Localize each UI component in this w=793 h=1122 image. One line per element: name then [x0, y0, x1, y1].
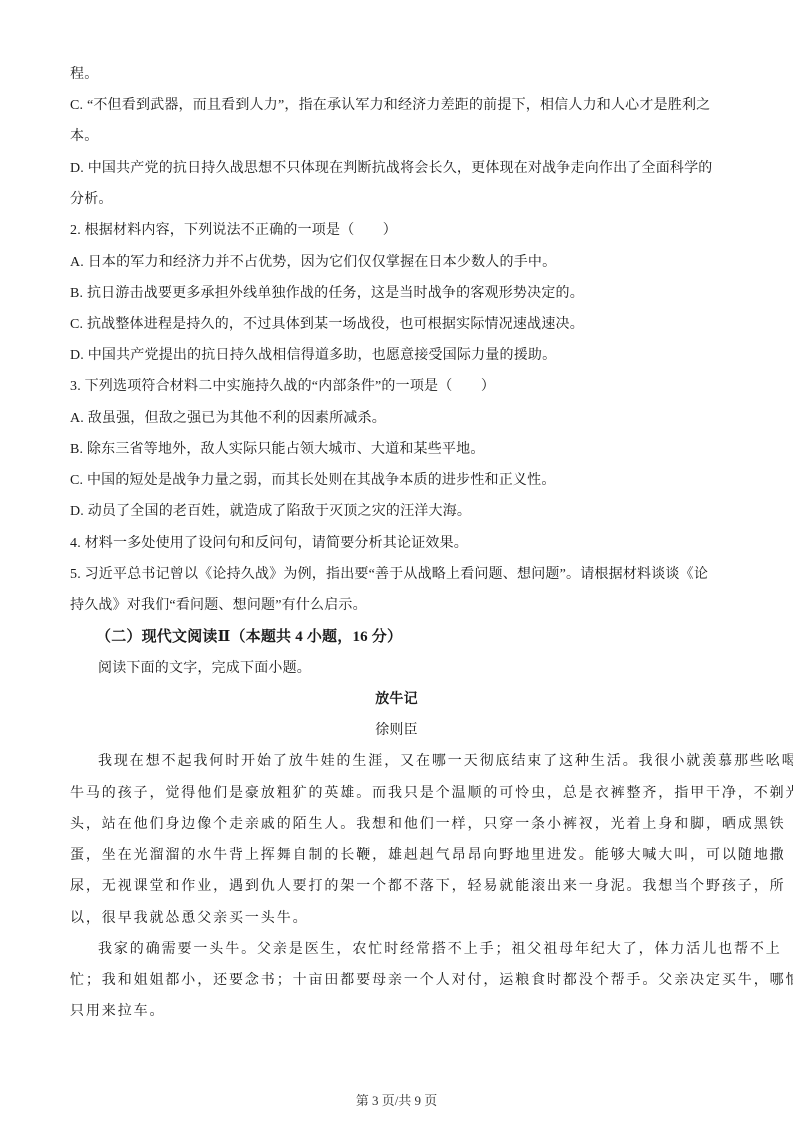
continuation-text: 程。 [70, 66, 715, 84]
question-2-option-d: D. 中国共产党提出的抗日持久战相信得道多助，也愿意接受国际力量的援助。 [70, 347, 715, 365]
question-3-option-d: D. 动员了全国的老百姓，就造成了陷敌于灭顶之灾的汪洋大海。 [70, 503, 715, 521]
question-2-option-a: A. 日本的军力和经济力并不占优势，因为它们仅仅掌握在日本少数人的手中。 [70, 254, 715, 272]
question-3-option-c: C. 中国的短处是战争力量之弱，而其长处则在其战争本质的进步性和正义性。 [70, 472, 715, 490]
section-heading: （二）现代文阅读Ⅱ（本题共 4 小题，16 分） [96, 628, 741, 646]
story-author: 徐则臣 [0, 722, 793, 740]
page-number-footer: 第 3 页/共 9 页 [0, 1090, 793, 1109]
question-2-option-c: C. 抗战整体进程是持久的，不过具体到某一场战役，也可根据实际情况速战速决。 [70, 316, 715, 334]
option-d-line-2: 分析。 [70, 191, 715, 209]
question-3-option-a: A. 敌虽强，但敌之强已为其他不利的因素所减杀。 [70, 410, 715, 428]
story-paragraph-2-line-2: 忙；我和姐姐都小，还要念书；十亩田都要母亲一个人对付，运粮食时都没个帮手。父亲决… [70, 972, 715, 990]
story-paragraph-1-line-3: 头，站在他们身边像个走亲戚的陌生人。我想和他们一样，只穿一条小裤衩，光着上身和脚… [70, 816, 715, 834]
question-3-stem: 3. 下列选项符合材料二中实施持久战的“内部条件”的一项是（ ） [70, 378, 715, 396]
option-c-line-1: C. “不但看到武器，而且看到人力”，指在承认军力和经济力差距的前提下，相信人力… [70, 97, 715, 115]
question-5-line-2: 持久战》对我们“看问题、想问题”有什么启示。 [70, 597, 715, 615]
story-paragraph-1-line-6: 以，很早我就怂恿父亲买一头牛。 [70, 910, 715, 928]
question-2-option-b: B. 抗日游击战要更多承担外线单独作战的任务，这是当时战争的客观形势决定的。 [70, 285, 715, 303]
document-page: 程。 C. “不但看到武器，而且看到人力”，指在承认军力和经济力差距的前提下，相… [0, 0, 793, 1122]
story-title: 放牛记 [0, 691, 793, 709]
question-3-option-b: B. 除东三省等地外，敌人实际只能占领大城市、大道和某些平地。 [70, 441, 715, 459]
option-d-line-1: D. 中国共产党的抗日持久战思想不只体现在判断抗战将会长久，更体现在对战争走向作… [70, 160, 715, 178]
option-c-line-2: 本。 [70, 128, 715, 146]
story-paragraph-1-line-4: 蛋，坐在光溜溜的水牛背上挥舞自制的长鞭，雄赳赳气昂昂向野地里进发。能够大喊大叫，… [70, 847, 715, 865]
question-4-stem: 4. 材料一多处使用了设问句和反问句，请简要分析其论证效果。 [70, 535, 715, 553]
story-paragraph-2-line-3: 只用来拉车。 [70, 1003, 715, 1021]
story-paragraph-1-line-1: 我现在想不起我何时开始了放牛娃的生涯，又在哪一天彻底结束了这种生活。我很小就羡慕… [98, 753, 743, 771]
story-paragraph-2-line-1: 我家的确需要一头牛。父亲是医生，农忙时经常搭不上手；祖父祖母年纪大了，体力活儿也… [98, 941, 743, 959]
question-2-stem: 2. 根据材料内容，下列说法不正确的一项是（ ） [70, 222, 715, 240]
story-paragraph-1-line-2: 牛马的孩子，觉得他们是豪放粗犷的英雄。而我只是个温顺的可怜虫，总是衣裤整齐，指甲… [70, 785, 715, 803]
question-5-line-1: 5. 习近平总书记曾以《论持久战》为例，指出要“善于从战略上看问题、想问题”。请… [70, 566, 715, 584]
story-paragraph-1-line-5: 尿，无视课堂和作业，遇到仇人要打的架一个都不落下，轻易就能滚出来一身泥。我想当个… [70, 878, 715, 896]
section-instruction: 阅读下面的文字，完成下面小题。 [98, 660, 743, 678]
